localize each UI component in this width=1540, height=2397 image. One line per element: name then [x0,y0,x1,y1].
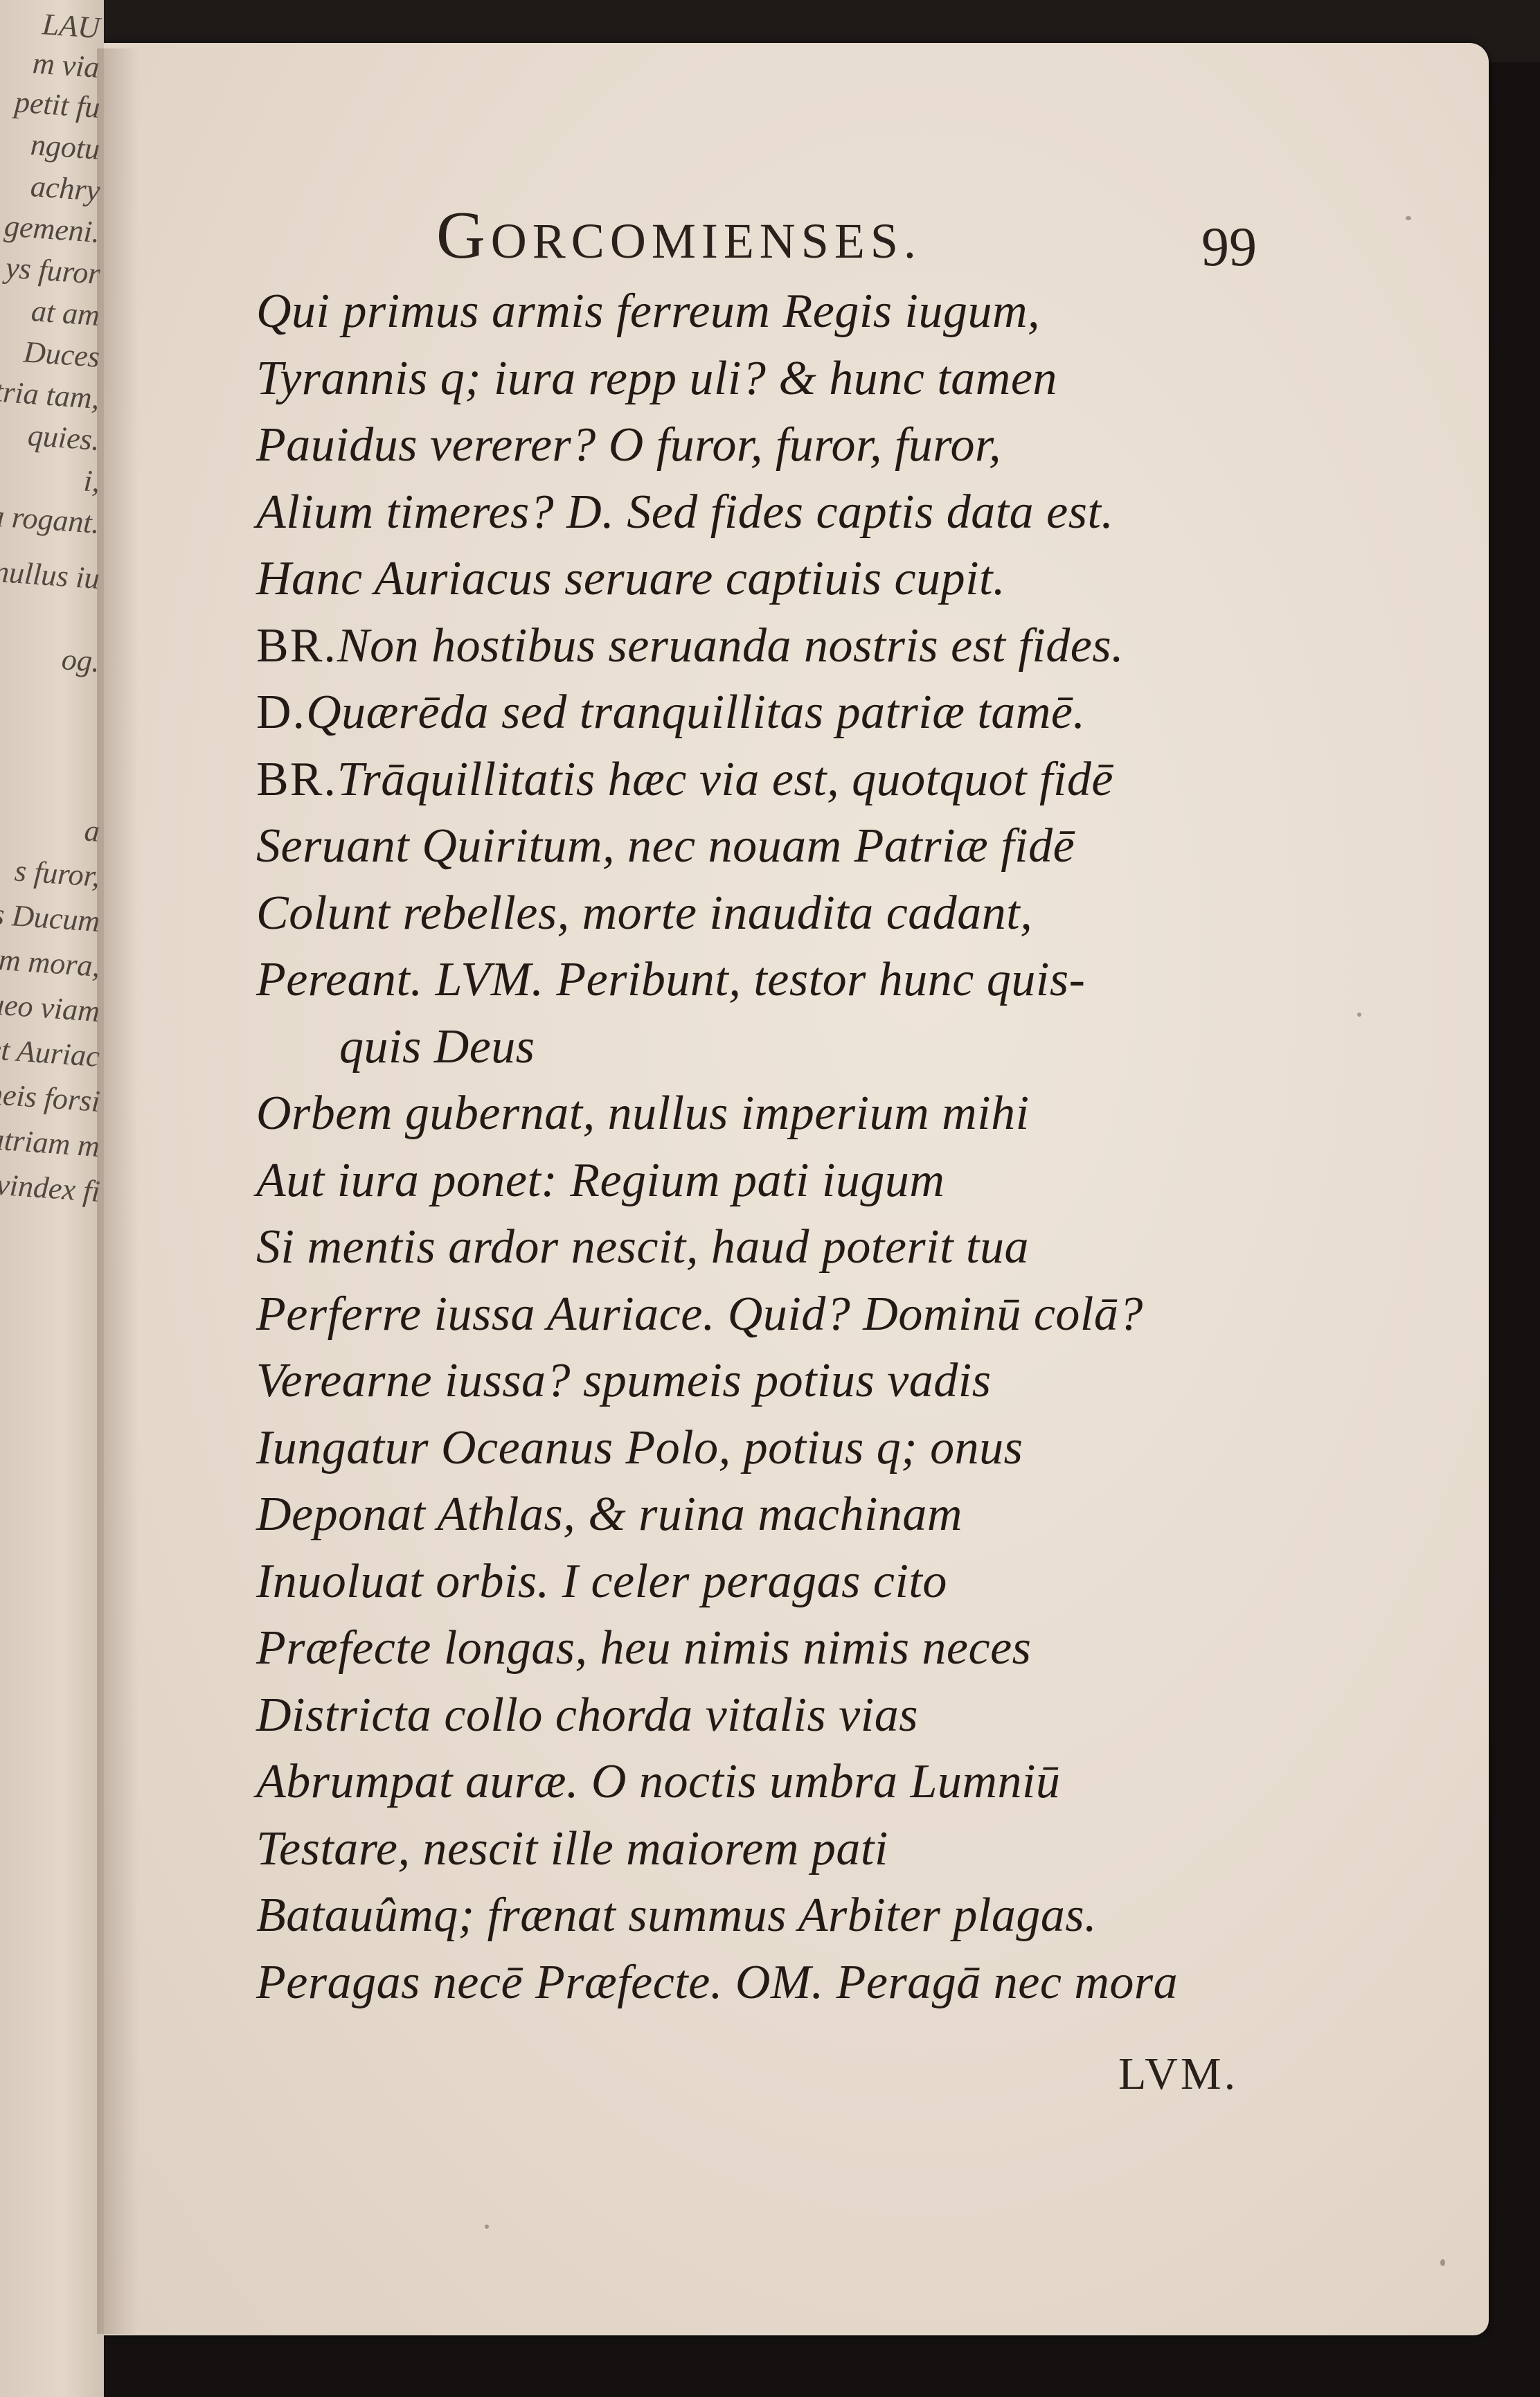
verse-line-text: quis Deus [339,1020,535,1073]
verse-line-text: Seruant Quiritum, nec nouam Patriæ fidē [256,819,1075,873]
verse-line: Tyrannis q; iura repp uli? & hunc tamen [256,346,1364,413]
facing-page-line: c iam mora, [0,938,101,984]
facing-page-line: res Ducum [0,895,101,939]
speaker-label: BR. [256,753,337,806]
verse-text: Qui primus armis ferreum Regis iugum,Tyr… [256,278,1364,2016]
verse-line-text: Quærēda sed tranquillitas patriæ tamē. [306,686,1085,739]
verse-line: Perferre iussa Auriace. Quid? Dominū col… [256,1281,1364,1348]
facing-page-line: gemeni. [3,208,100,250]
verse-line: Qui primus armis ferreum Regis iugum, [256,278,1364,346]
verse-line: Inuoluat orbis. I celer peragas cito [256,1549,1364,1616]
verse-line-text: Perferre iussa Auriace. Quid? Dominū col… [256,1287,1143,1341]
verse-line-text: Peragas necē Præfecte. OM. Peragā nec mo… [256,1956,1178,2009]
verse-line-text: Alium timeres? D. Sed fides captis data … [256,485,1113,539]
verse-line: Hanc Auriacus seruare captiuis cupit. [256,546,1364,613]
running-head-initial: G [436,198,491,273]
verse-line-text: Tyrannis q; iura repp uli? & hunc tamen [256,352,1057,405]
facing-page-line: bet Auriac [0,1030,101,1074]
facing-page-line: ys furor [4,250,101,292]
verse-line: quis Deus [256,1014,1364,1081]
verse-line-text: Verearne iussa? spumeis potius vadis [256,1354,991,1407]
verse-line-text: Abrumpat auræ. O noctis umbra Lumniū [256,1755,1060,1808]
facing-page-line: nullus iu [0,553,101,596]
verse-line: Seruant Quiritum, nec nouam Patriæ fidē [256,813,1364,880]
facing-page-line: s furor, [13,853,100,893]
catchword: LVM. [1118,2048,1238,2101]
facing-page-line: Patriam m [0,1120,101,1164]
verse-line-text: Testare, nescit ille maiorem pati [256,1822,888,1875]
book-page: GORCOMIENSES. 99 Qui primus armis ferreu… [69,43,1489,2335]
paper-speck [1440,2259,1445,2266]
verse-line: D.Quærēda sed tranquillitas patriæ tamē. [256,679,1364,747]
verse-line-text: Trāquillitatis hæc via est, quotquot fid… [337,753,1113,806]
verse-line-text: Si mentis ardor nescit, haud poterit tua [256,1220,1029,1274]
verse-line-text: Præfecte longas, heu nimis nimis neces [256,1621,1031,1675]
verse-line: Districta collo chorda vitalis vias [256,1682,1364,1749]
verse-line-text: Pereant. LVM. Peribunt, testor hunc quis… [256,953,1085,1006]
facing-page-line: petit fu [13,84,101,125]
verse-line-text: Orbem gubernat, nullus imperium mihi [256,1087,1030,1140]
facing-page-line: m via [32,45,101,85]
facing-page-line: quies. [27,418,101,458]
facing-page-line: achry [29,168,101,208]
verse-line-text: Aut iura ponet: Regium pati iugum [256,1154,944,1207]
verse-line-text: Districta collo chorda vitalis vias [256,1688,918,1742]
verse-line-text: Inuoluat orbis. I celer peragas cito [256,1555,947,1608]
facing-page-line: a rogant. [0,498,101,541]
gutter-shadow [97,48,138,2334]
page-number: 99 [1201,216,1257,279]
paper-speck [1357,1013,1361,1017]
speaker-label: BR. [256,619,337,672]
running-head: GORCOMIENSES. [436,197,922,274]
verse-line: Præfecte longas, heu nimis nimis neces [256,1615,1364,1682]
verse-line-text: Hanc Auriacus seruare captiuis cupit. [256,552,1005,605]
verse-line: Aut iura ponet: Regium pati iugum [256,1148,1364,1215]
verse-line: BR.Non hostibus seruanda nostris est fid… [256,613,1364,680]
facing-page-line: atria tam, [0,373,101,416]
verse-line-text: Non hostibus seruanda nostris est fides. [337,619,1124,672]
verse-line-text: Pauidus vererer? O furor, furor, furor, [256,418,1001,472]
facing-page-line: & vindex fi [0,1164,101,1209]
facing-page-line: queo viam [0,985,101,1029]
verse-line: Testare, nescit ille maiorem pati [256,1816,1364,1883]
facing-page-line: og. [60,641,100,679]
verse-line: Pauidus vererer? O furor, furor, furor, [256,412,1364,479]
verse-line: Alium timeres? D. Sed fides captis data … [256,479,1364,546]
verse-line: Iungatur Oceanus Polo, potius q; onus [256,1415,1364,1482]
verse-line: Peragas necē Præfecte. OM. Peragā nec mo… [256,1950,1364,2017]
verse-line-text: Batauûmq; frænat summus Arbiter plagas. [256,1889,1097,1942]
verse-line: Pereant. LVM. Peribunt, testor hunc quis… [256,947,1364,1014]
facing-page-line: us meis forsi [0,1073,101,1119]
facing-page-line: ngotu [29,127,101,167]
facing-page-line: at am [30,293,100,333]
verse-line: BR.Trāquillitatis hæc via est, quotquot … [256,747,1364,814]
paper-speck [485,2225,489,2229]
verse-line-text: Deponat Athlas, & ruina machinam [256,1488,962,1541]
verse-line: Verearne iussa? spumeis potius vadis [256,1348,1364,1415]
facing-page-line: LAU [41,6,100,46]
verse-line: Colunt rebelles, morte inaudita cadant, [256,880,1364,947]
facing-page-fragment: LAUm viapetit fungotuachrygemeni.ys furo… [0,0,104,2397]
verse-line: Deponat Athlas, & ruina machinam [256,1481,1364,1549]
verse-line: Batauûmq; frænat summus Arbiter plagas. [256,1882,1364,1950]
verse-line: Si mentis ardor nescit, haud poterit tua [256,1214,1364,1281]
verse-line: Abrumpat auræ. O noctis umbra Lumniū [256,1749,1364,1816]
speaker-label: D. [256,686,306,739]
verse-line-text: Colunt rebelles, morte inaudita cadant, [256,886,1032,940]
verse-line: Orbem gubernat, nullus imperium mihi [256,1080,1364,1148]
verse-line-text: Iungatur Oceanus Polo, potius q; onus [256,1421,1023,1474]
paper-speck [1406,216,1411,220]
verse-line-text: Qui primus armis ferreum Regis iugum, [256,285,1040,338]
running-head-rest: ORCOMIENSES. [491,213,922,269]
facing-page-line: Duces [23,334,101,375]
